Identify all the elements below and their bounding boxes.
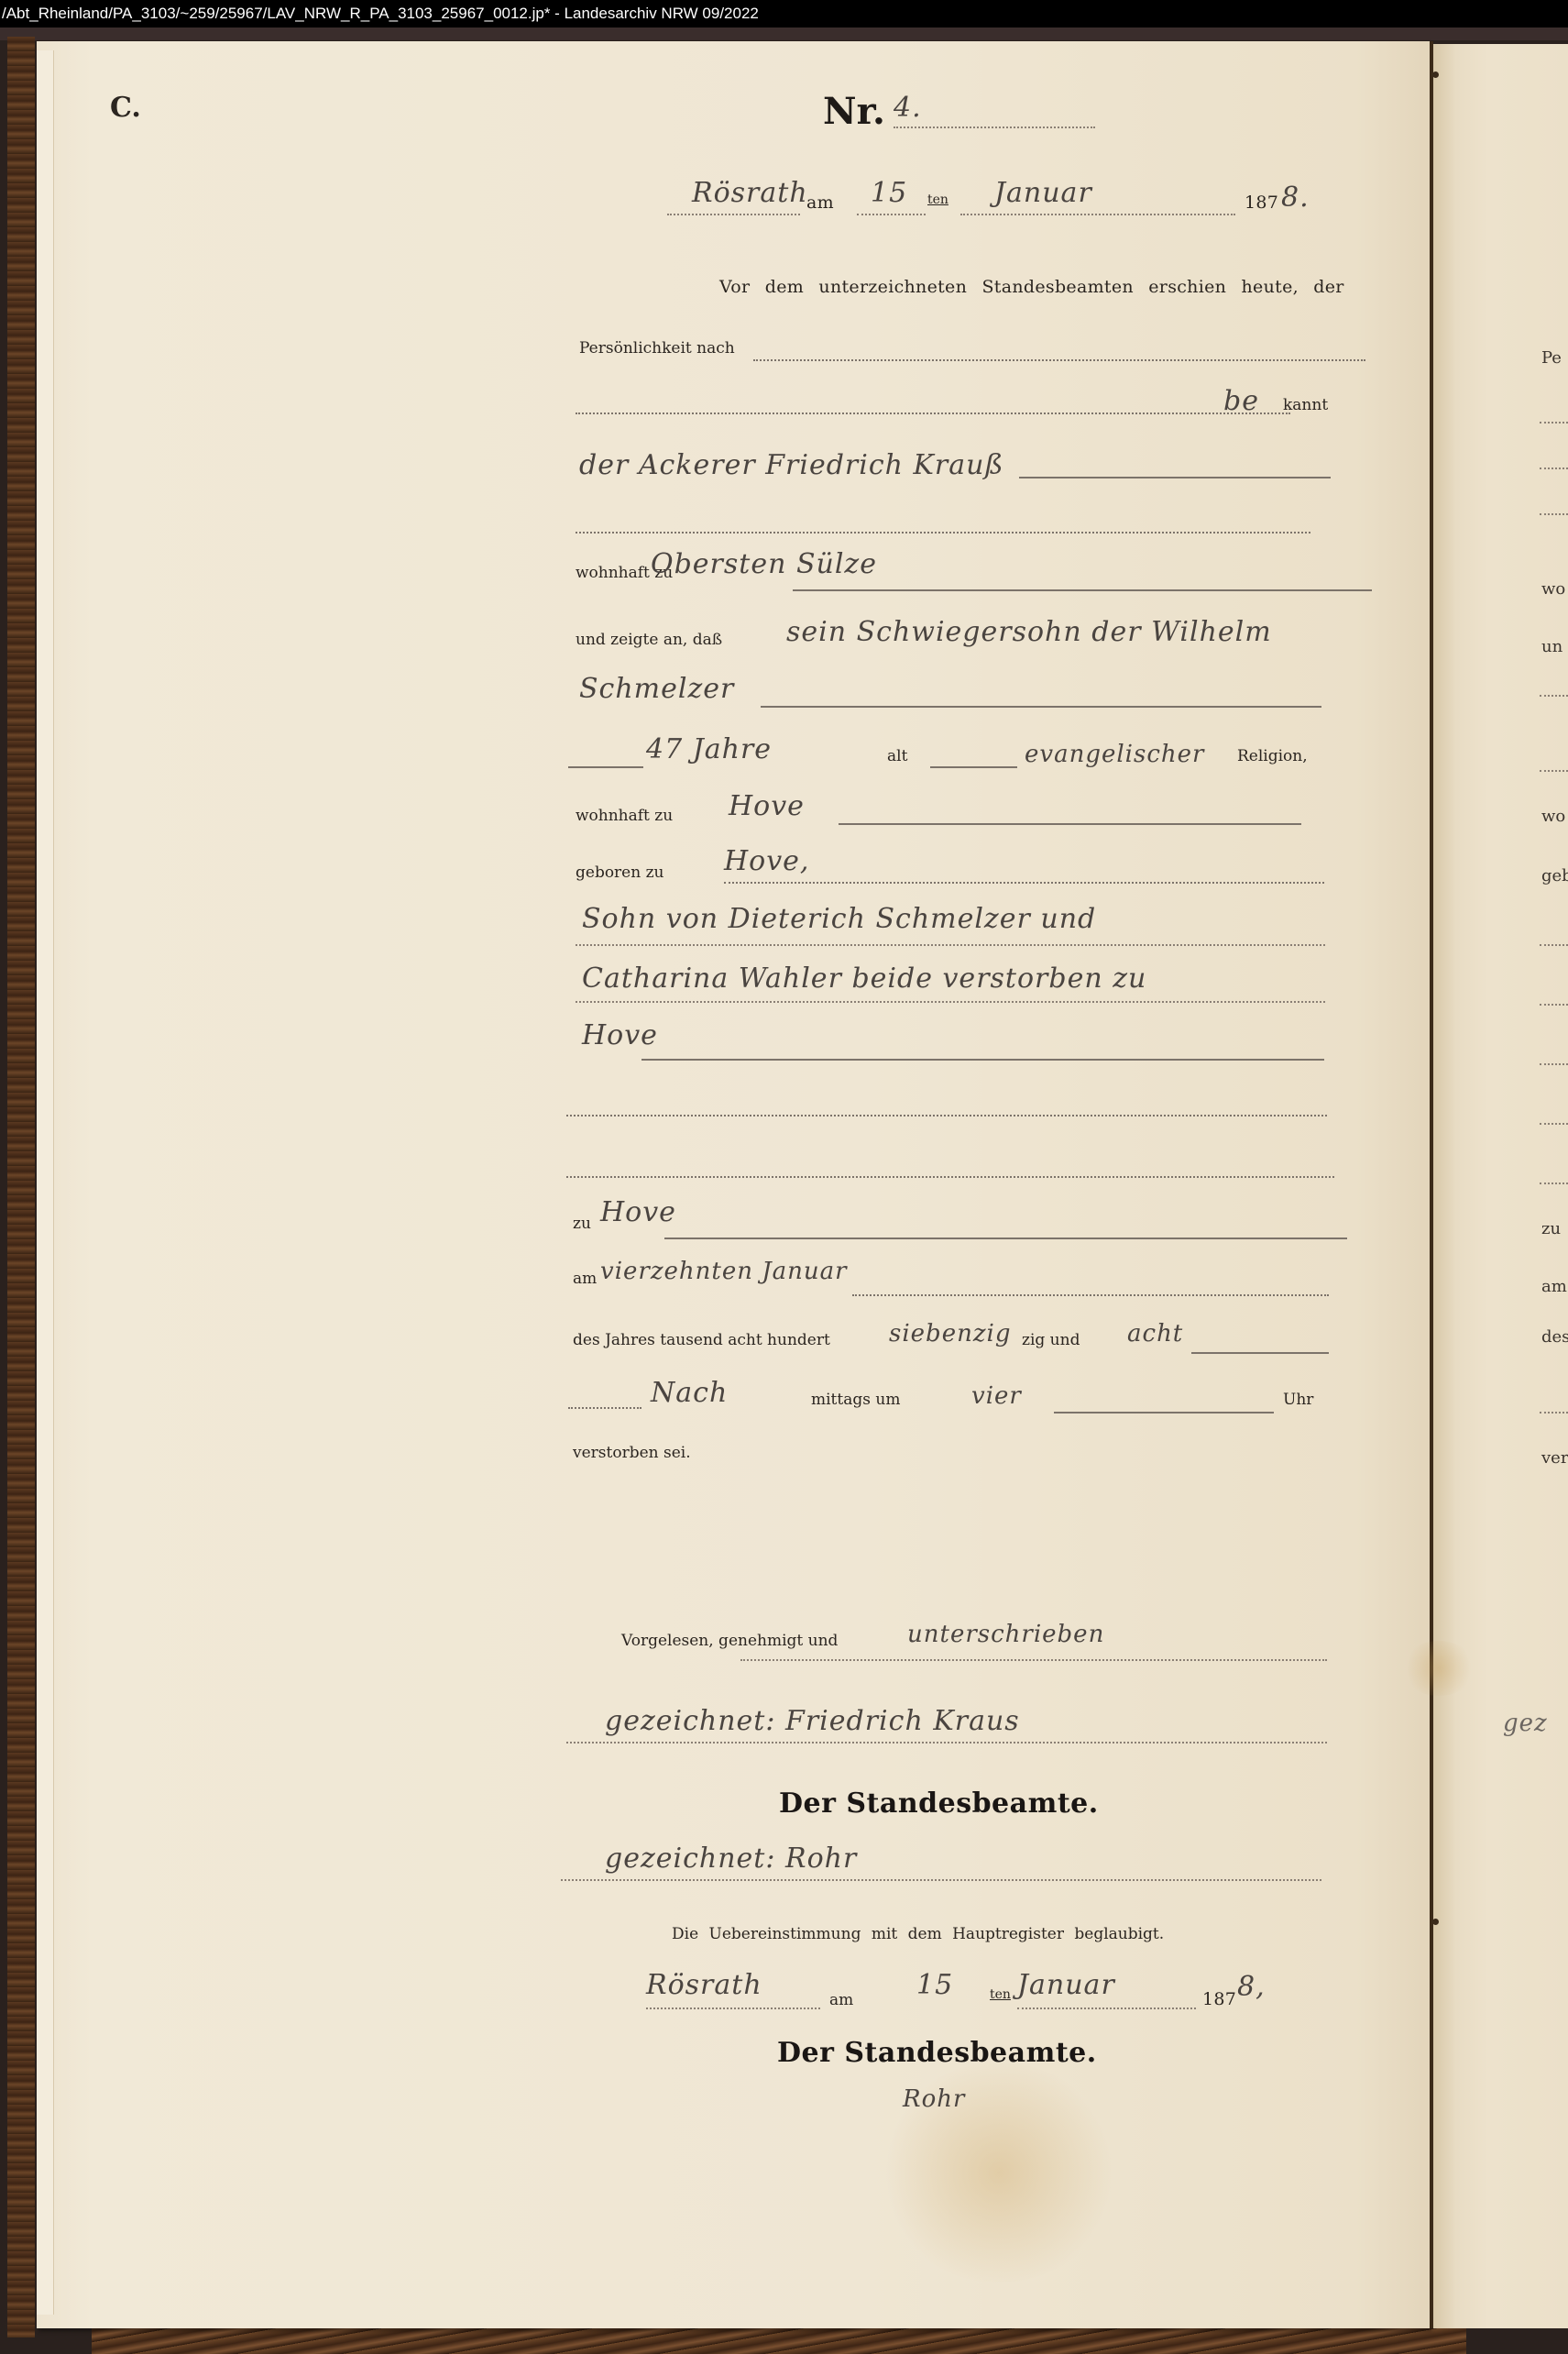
signature-official: gezeichnet: Rohr bbox=[605, 1842, 857, 1875]
cert-day: 15 bbox=[916, 1969, 953, 2001]
hour-value: vier bbox=[971, 1382, 1022, 1410]
approval-value: unterschrieben bbox=[907, 1621, 1104, 1648]
year-label: des Jahres tausend acht hundert bbox=[573, 1331, 830, 1349]
book-cover-edge bbox=[7, 37, 35, 2337]
signature-declarant: gezeichnet: Friedrich Kraus bbox=[605, 1705, 1020, 1737]
facing-label: geb bbox=[1541, 866, 1568, 885]
place-value: Rösrath bbox=[692, 177, 808, 209]
facing-dash bbox=[1540, 1412, 1568, 1413]
time-line bbox=[568, 1407, 641, 1409]
uhr-label: Uhr bbox=[1283, 1391, 1313, 1409]
day-value: 15 bbox=[871, 177, 907, 209]
announcement-label: und zeigte an, daß bbox=[576, 631, 722, 649]
age-line bbox=[568, 766, 643, 768]
page-stack-edge bbox=[37, 50, 54, 2315]
dotted-line bbox=[1017, 2007, 1196, 2009]
facing-dash bbox=[1540, 770, 1568, 772]
entry-number-value: 4. bbox=[894, 92, 922, 124]
facing-label: wo bbox=[1541, 579, 1565, 599]
facing-dash bbox=[1540, 467, 1568, 469]
closing-text: verstorben sei. bbox=[573, 1444, 691, 1462]
facing-dash bbox=[1540, 944, 1568, 946]
parents-line2: Catharina Wahler beide verstorben zu bbox=[582, 962, 1146, 995]
alt-label: alt bbox=[887, 747, 907, 765]
year-line bbox=[1191, 1352, 1329, 1354]
declarant-line bbox=[1019, 477, 1331, 478]
facing-dash bbox=[1540, 513, 1568, 515]
facing-handwriting: gez bbox=[1503, 1710, 1548, 1737]
cert-year-prefix: 187 bbox=[1202, 1989, 1236, 2009]
identity-line bbox=[753, 359, 1365, 361]
facing-label: wo bbox=[1541, 807, 1565, 826]
official-heading: Der Standesbeamte. bbox=[779, 1787, 1099, 1820]
day-suffix: ten bbox=[927, 192, 948, 207]
dotted-line bbox=[894, 126, 1095, 128]
religion-blank-line bbox=[930, 766, 1017, 768]
decade-value: siebenzig bbox=[889, 1320, 1011, 1347]
announcement-value-line1: sein Schwiegersohn der Wilhelm bbox=[786, 616, 1272, 648]
identity-label: Persönlichkeit nach bbox=[579, 339, 735, 357]
facing-dash bbox=[1540, 422, 1568, 423]
facing-label: Pe bbox=[1541, 348, 1562, 368]
intro-text: Vor dem unterzeichneten Standesbeamten e… bbox=[719, 277, 1344, 297]
parents-line3: Hove bbox=[582, 1019, 658, 1051]
bekannt-label: kannt bbox=[1283, 396, 1328, 414]
facing-page bbox=[1433, 44, 1568, 2328]
birthplace-line bbox=[724, 882, 1324, 884]
cert-day-suffix: ten bbox=[990, 1987, 1011, 2002]
window-title: /Abt_Rheinland/PA_3103/~259/25967/LAV_NR… bbox=[0, 0, 1568, 27]
dotted-line bbox=[960, 214, 1235, 215]
facing-label: des bbox=[1541, 1327, 1568, 1347]
cert-signature: Rohr bbox=[903, 2085, 965, 2113]
year-suffix: 8. bbox=[1281, 181, 1310, 214]
facing-dash bbox=[1540, 1063, 1568, 1065]
death-date-line bbox=[852, 1294, 1329, 1296]
binding-stitch bbox=[1432, 71, 1439, 78]
mittags-label: mittags um bbox=[811, 1391, 900, 1409]
cert-am-label: am bbox=[829, 1991, 853, 2009]
death-place-label: zu bbox=[573, 1215, 591, 1233]
deceased-residence-line bbox=[839, 823, 1301, 825]
dotted-line bbox=[576, 1001, 1325, 1003]
cert-year-suffix: 8, bbox=[1237, 1971, 1266, 2003]
facing-label: ver bbox=[1541, 1448, 1568, 1468]
month-value: Januar bbox=[994, 177, 1092, 209]
death-date-am-label: am bbox=[573, 1270, 597, 1288]
death-day-value: vierzehnten Januar bbox=[600, 1258, 848, 1285]
religion-value: evangelischer bbox=[1025, 741, 1204, 768]
death-place-line bbox=[664, 1237, 1347, 1239]
dotted-line bbox=[561, 1879, 1321, 1881]
zig-und-label: zig und bbox=[1022, 1331, 1080, 1349]
cert-month: Januar bbox=[1017, 1969, 1115, 2001]
facing-label: am bbox=[1541, 1277, 1567, 1296]
facing-dash bbox=[1540, 1123, 1568, 1125]
facing-dash bbox=[1540, 1182, 1568, 1184]
declarant-value: der Ackerer Friedrich Krauß bbox=[579, 449, 1004, 481]
dotted-line bbox=[667, 214, 800, 215]
birthplace-value: Hove, bbox=[724, 845, 809, 877]
cert-place: Rösrath bbox=[646, 1969, 762, 2001]
cert-official-heading: Der Standesbeamte. bbox=[777, 2037, 1097, 2069]
dotted-line bbox=[857, 214, 926, 215]
year-prefix: 187 bbox=[1245, 192, 1278, 213]
deceased-age: 47 Jahre bbox=[646, 733, 772, 765]
announcement-line bbox=[761, 706, 1321, 708]
parents-line1: Sohn von Dieterich Schmelzer und bbox=[582, 903, 1096, 935]
announcement-value-line2: Schmelzer bbox=[579, 673, 734, 705]
parents-line bbox=[641, 1059, 1324, 1061]
am-label: am bbox=[806, 192, 834, 213]
dotted-line bbox=[566, 1742, 1327, 1743]
deceased-residence-value: Hove bbox=[729, 790, 805, 822]
entry-number-label: Nr. bbox=[823, 90, 885, 133]
unit-value: acht bbox=[1127, 1320, 1183, 1347]
facing-dash bbox=[1540, 695, 1568, 697]
birthplace-label: geboren zu bbox=[576, 863, 664, 882]
blank-line bbox=[566, 1176, 1334, 1178]
book-cover-cloth bbox=[0, 27, 1568, 40]
death-place-value: Hove bbox=[600, 1196, 676, 1228]
facing-label: un bbox=[1541, 637, 1563, 656]
residence-line bbox=[793, 589, 1372, 591]
facing-label: zu bbox=[1541, 1219, 1561, 1238]
dotted-line bbox=[740, 1659, 1327, 1661]
facing-dash bbox=[1540, 1004, 1568, 1006]
declarant-residence-value: Obersten Sülze bbox=[651, 548, 877, 580]
certification-text: Die Uebereinstimmung mit dem Hauptregist… bbox=[672, 1925, 1164, 1943]
approval-label: Vorgelesen, genehmigt und bbox=[621, 1632, 838, 1650]
religion-label: Religion, bbox=[1237, 747, 1308, 765]
blank-line bbox=[566, 1115, 1327, 1116]
deceased-residence-label: wohnhaft zu bbox=[576, 807, 673, 825]
hour-line bbox=[1054, 1412, 1274, 1413]
identity-line-2 bbox=[576, 412, 1290, 414]
dotted-line bbox=[646, 2007, 820, 2009]
bekannt-prefix: be bbox=[1223, 385, 1259, 417]
time-prefix-value: Nach bbox=[651, 1377, 728, 1409]
binding-stitch bbox=[1432, 1919, 1439, 1925]
dotted-line bbox=[576, 944, 1325, 946]
register-letter: C. bbox=[110, 92, 141, 124]
paper-stain bbox=[1402, 1641, 1475, 1696]
declarant-line-2 bbox=[576, 532, 1310, 533]
